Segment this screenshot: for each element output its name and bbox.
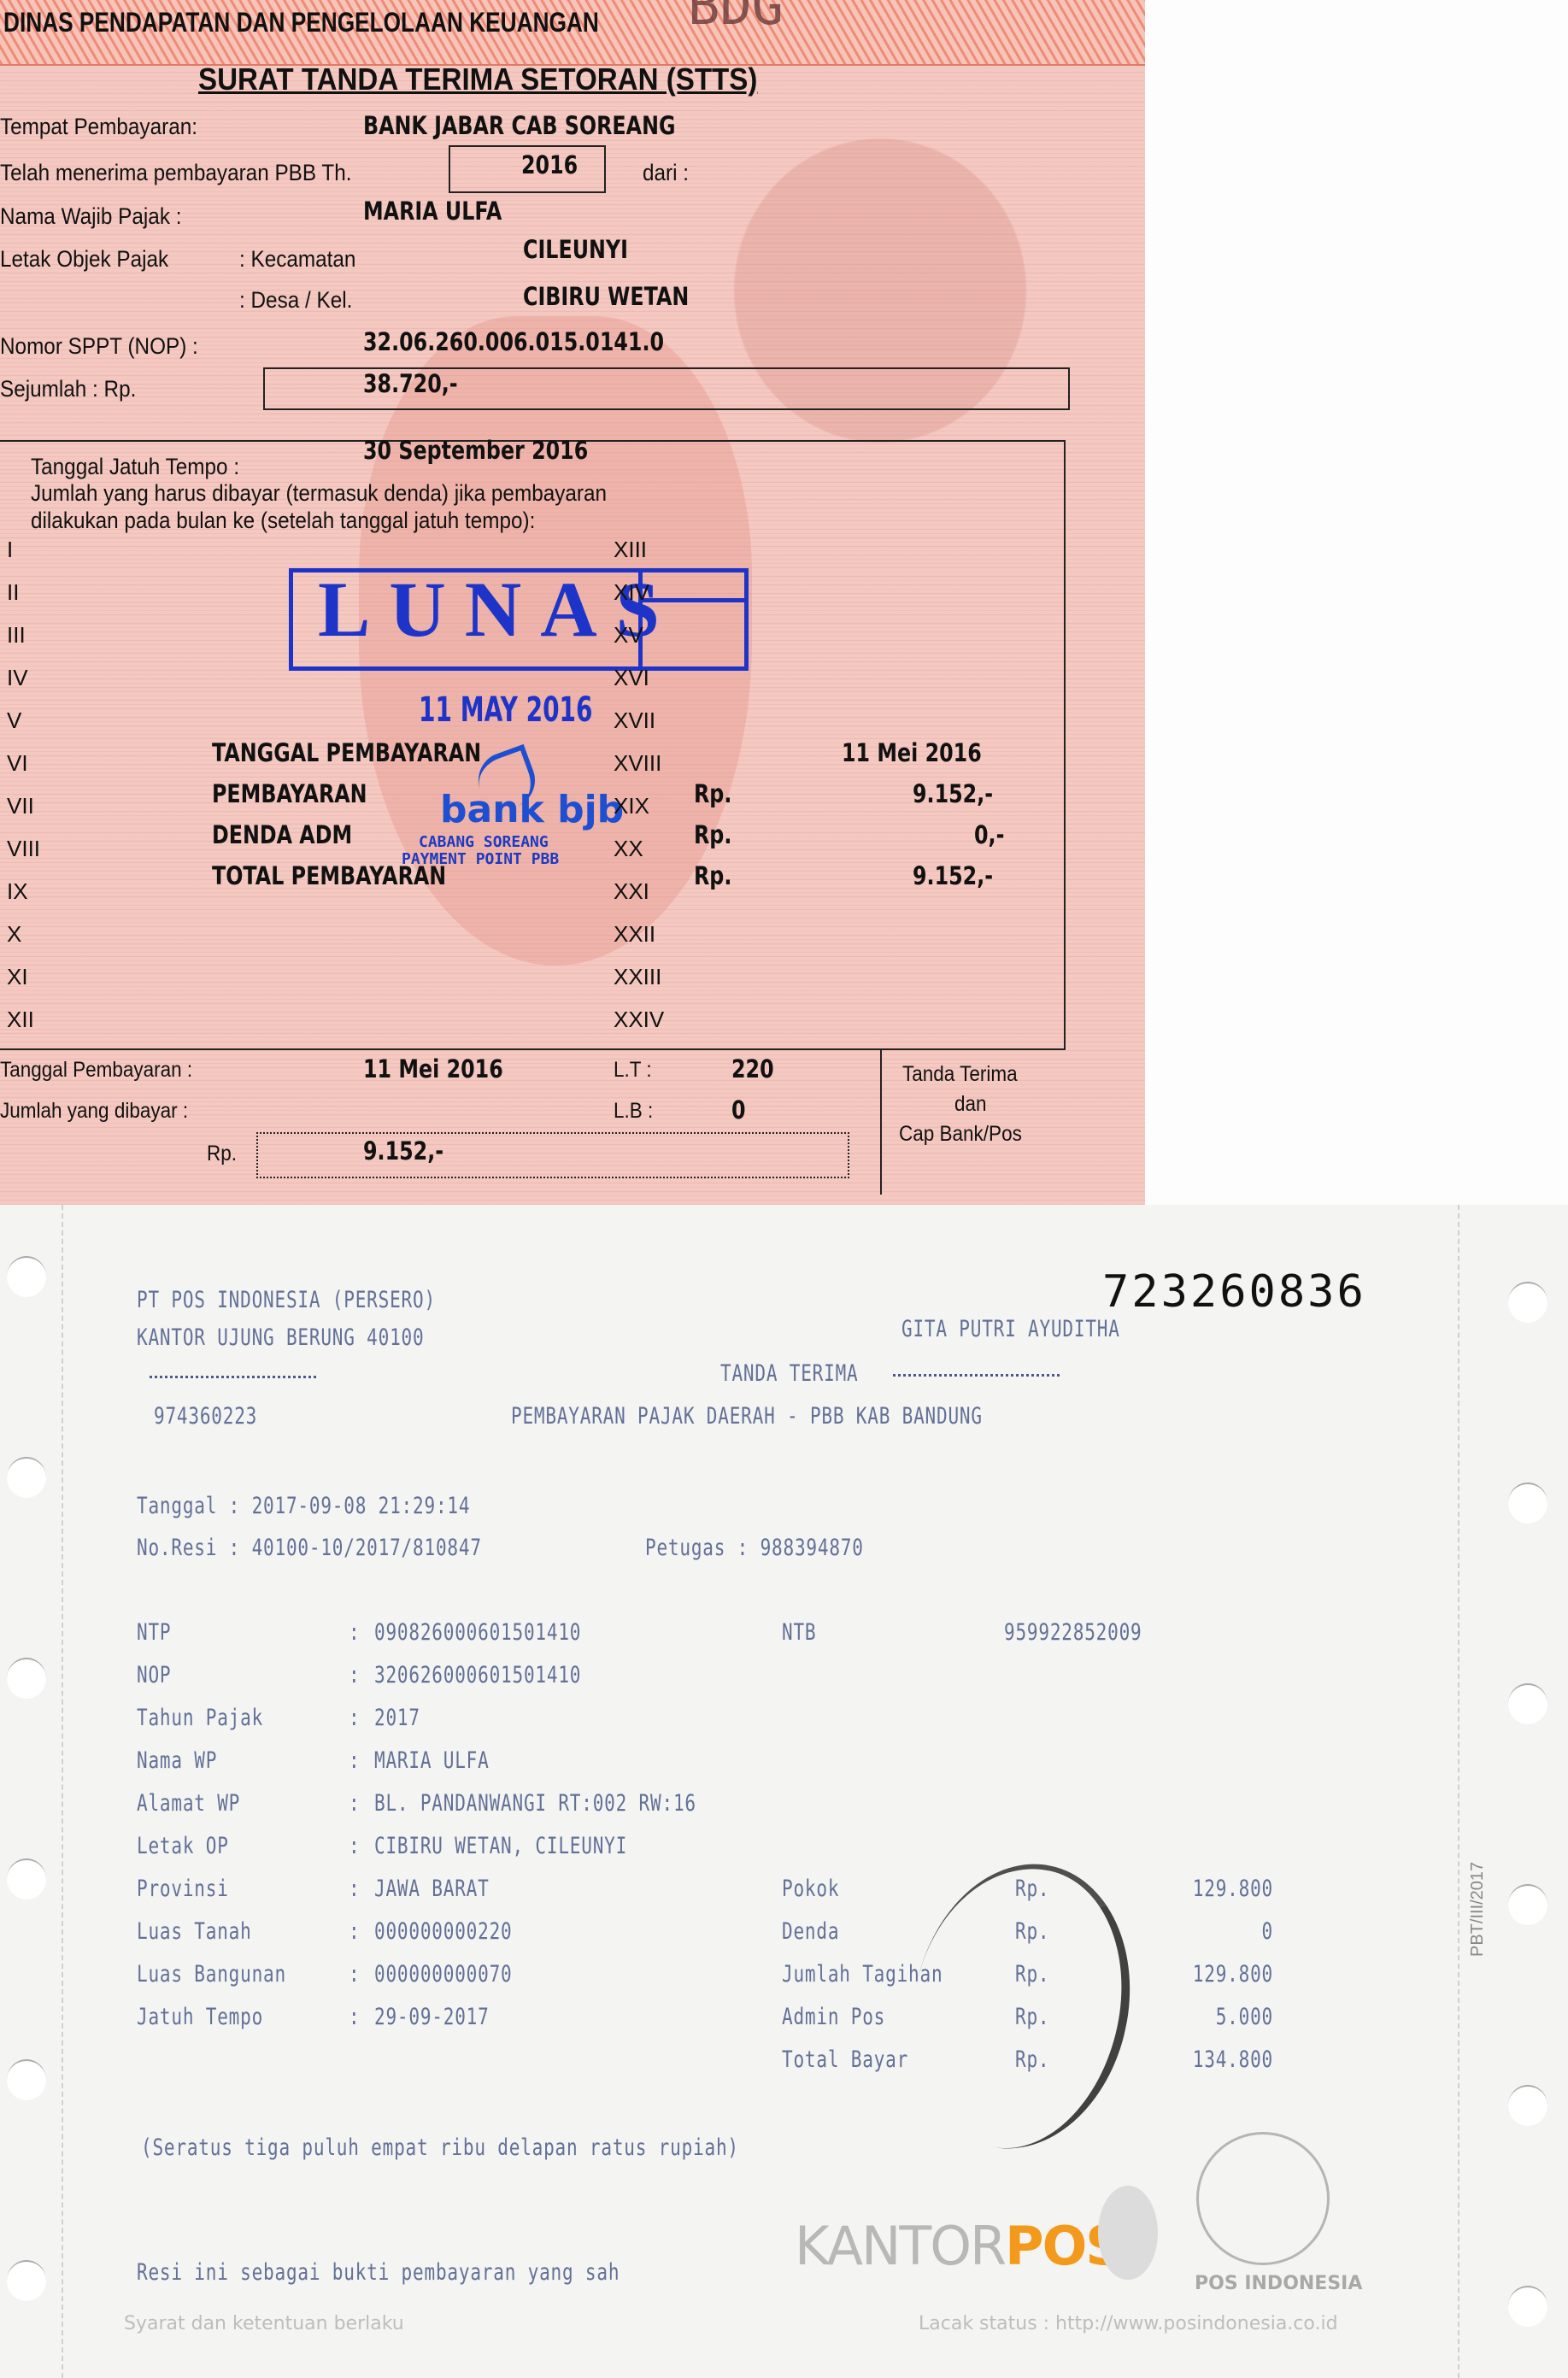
denda-label: DENDA ADM bbox=[212, 820, 352, 849]
officer-id: Petugas : 988394870 bbox=[645, 1535, 864, 1561]
detail-label: Jatuh Tempo bbox=[137, 2004, 263, 2030]
amount-in-words: (Seratus tiga puluh empat ribu delapan r… bbox=[141, 2134, 739, 2161]
footer-rp-value: 9.152,- bbox=[363, 1136, 443, 1166]
validity-note: Resi ini sebagai bukti pembayaran yang s… bbox=[137, 2259, 620, 2286]
pembayaran-currency: Rp. bbox=[694, 779, 731, 808]
detail-label: NTP bbox=[137, 1619, 171, 1646]
detail-label: Provinsi bbox=[137, 1876, 229, 1902]
month-label: XIII bbox=[614, 537, 647, 563]
month-label: XIV bbox=[614, 579, 649, 606]
amount-value: 129.800 bbox=[1147, 1961, 1273, 1988]
kantorpos-logo: KANTORPOS bbox=[795, 2215, 1122, 2277]
detail-label: NOP bbox=[137, 1662, 171, 1688]
month-label: I bbox=[7, 537, 13, 563]
month-label: XI bbox=[7, 964, 28, 990]
amount-value: 0 bbox=[1147, 1918, 1273, 1945]
due-note-line2: dilakukan pada bulan ke (setelah tanggal… bbox=[31, 508, 535, 534]
receipt-number: No.Resi : 40100-10/2017/810847 bbox=[137, 1535, 482, 1561]
month-label: XVI bbox=[614, 665, 649, 691]
tanggal-pembayaran-label: TANGGAL PEMBAYARAN bbox=[212, 738, 481, 767]
detail-label: Tahun Pajak bbox=[137, 1705, 263, 1731]
month-label: IX bbox=[7, 878, 28, 905]
desa-label: : Desa / Kel. bbox=[239, 287, 352, 314]
tanggal-pembayaran-value: 11 Mei 2016 bbox=[842, 738, 982, 767]
detail-label: Luas Tanah bbox=[137, 1918, 252, 1945]
jatuh-tempo-label: Tanggal Jatuh Tempo : bbox=[31, 454, 239, 480]
month-label: XIX bbox=[614, 793, 649, 819]
letak-label: Letak Objek Pajak bbox=[0, 246, 168, 273]
detail-value: JAWA BARAT bbox=[374, 1876, 490, 1902]
tractor-hole bbox=[7, 1658, 46, 1699]
amount-value: 5.000 bbox=[1147, 2004, 1273, 2030]
month-label: XXII bbox=[614, 921, 655, 948]
rule-left bbox=[150, 1376, 316, 1378]
footer-tanggal-label: Tanggal Pembayaran : bbox=[0, 1058, 192, 1083]
tractor-hole bbox=[1508, 2286, 1547, 2327]
month-label: XVIII bbox=[614, 750, 661, 777]
dari-label: dari : bbox=[643, 160, 689, 186]
amount-currency: Rp. bbox=[1015, 2046, 1049, 2073]
denda-currency: Rp. bbox=[694, 820, 731, 849]
detail-colon: : bbox=[349, 1619, 360, 1646]
pos-receipt: 723260836 PT POS INDONESIA (PERSERO) KAN… bbox=[0, 1205, 1568, 2378]
office-name: KANTOR UJUNG BERUNG 40100 bbox=[137, 1324, 424, 1351]
form-code: PBT/III/2017 bbox=[1468, 1862, 1488, 1957]
company-name: PT POS INDONESIA (PERSERO) bbox=[137, 1287, 436, 1313]
pos-indonesia-globe-icon bbox=[1196, 2132, 1330, 2265]
sejumlah-label: Sejumlah : Rp. bbox=[0, 376, 136, 402]
tempat-label: Tempat Pembayaran: bbox=[0, 114, 197, 140]
tractor-hole bbox=[1508, 1884, 1547, 1925]
ntb-value: 959922852009 bbox=[1004, 1619, 1142, 1646]
detail-colon: : bbox=[349, 1876, 360, 1902]
rule-right bbox=[893, 1374, 1060, 1377]
cap-line1: Tanda Terima bbox=[902, 1062, 1018, 1087]
stts-form: DINAS PENDAPATAN DAN PENGELOLAAN KEUANGA… bbox=[0, 0, 1145, 1207]
left-perforation bbox=[62, 1205, 63, 2378]
detail-colon: : bbox=[349, 1833, 360, 1859]
detail-label: Alamat WP bbox=[137, 1790, 240, 1817]
month-label: X bbox=[7, 921, 21, 948]
detail-value: 2017 bbox=[374, 1705, 420, 1731]
tractor-hole bbox=[1508, 1282, 1547, 1323]
cap-line3: Cap Bank/Pos bbox=[899, 1122, 1022, 1147]
tax-year: 2016 bbox=[521, 150, 578, 179]
jatuh-tempo-value: 30 September 2016 bbox=[363, 436, 588, 465]
tractor-hole bbox=[1508, 1483, 1547, 1524]
amount-currency: Rp. bbox=[1015, 1961, 1049, 1988]
ntb-label: NTB bbox=[782, 1619, 816, 1646]
footer-tanggal-value: 11 Mei 2016 bbox=[363, 1054, 503, 1083]
detail-colon: : bbox=[349, 1918, 360, 1945]
stamp-date: 11 MAY 2016 bbox=[419, 690, 593, 730]
amount-label: Denda bbox=[782, 1918, 839, 1945]
detail-value: BL. PANDANWANGI RT:002 RW:16 bbox=[374, 1790, 696, 1817]
month-label: VII bbox=[7, 793, 34, 819]
footer-rp-box bbox=[256, 1132, 849, 1178]
pos-indonesia-logo-text: POS INDONESIA bbox=[1195, 2273, 1362, 2294]
month-label: VIII bbox=[7, 836, 40, 862]
nop-label: Nomor SPPT (NOP) : bbox=[0, 333, 198, 360]
detail-colon: : bbox=[349, 1747, 360, 1774]
terms-note: Syarat dan ketentuan berlaku bbox=[124, 2313, 404, 2334]
telah-label: Telah menerima pembayaran PBB Th. bbox=[0, 160, 352, 186]
kecamatan-label: : Kecamatan bbox=[239, 246, 355, 273]
detail-label: Luas Bangunan bbox=[137, 1961, 286, 1988]
cap-line2: dan bbox=[954, 1092, 987, 1117]
month-label: XXIII bbox=[614, 964, 661, 990]
reference-number: 974360223 bbox=[154, 1403, 257, 1430]
lt-value: 220 bbox=[731, 1054, 774, 1083]
tractor-hole bbox=[7, 2059, 46, 2100]
detail-value: 29-09-2017 bbox=[374, 2004, 490, 2030]
detail-value: 090826000601501410 bbox=[374, 1619, 581, 1646]
amount-label: Jumlah Tagihan bbox=[782, 1961, 943, 1988]
detail-label: Nama WP bbox=[137, 1747, 217, 1774]
detail-value: CIBIRU WETAN, CILEUNYI bbox=[374, 1833, 627, 1859]
amount-currency: Rp. bbox=[1015, 1876, 1049, 1902]
tractor-hole bbox=[7, 1256, 46, 1297]
operator-name: GITA PUTRI AYUDITHA bbox=[901, 1316, 1120, 1342]
tempat-value: BANK JABAR CAB SOREANG bbox=[363, 111, 676, 140]
lt-label: L.T : bbox=[614, 1058, 652, 1083]
amount-label: Pokok bbox=[782, 1876, 839, 1902]
pembayaran-value: 9.152,- bbox=[913, 779, 993, 808]
kecamatan-value: CILEUNYI bbox=[523, 235, 628, 264]
transaction-datetime: Tanggal : 2017-09-08 21:29:14 bbox=[137, 1493, 470, 1519]
service-name: PEMBAYARAN PAJAK DAERAH - PBB KAB BANDUN… bbox=[511, 1403, 983, 1430]
month-label: IV bbox=[7, 665, 28, 691]
detail-label: Letak OP bbox=[137, 1833, 229, 1859]
bjb-logo-text: bank bjb bbox=[440, 788, 624, 831]
lb-label: L.B : bbox=[614, 1099, 653, 1124]
footer-jumlah-label: Jumlah yang dibayar : bbox=[0, 1099, 188, 1124]
right-perforation bbox=[1458, 1205, 1459, 2378]
lb-value: 0 bbox=[731, 1095, 746, 1124]
desa-value: CIBIRU WETAN bbox=[523, 282, 689, 311]
month-label: XX bbox=[614, 836, 643, 862]
month-label: II bbox=[7, 579, 19, 606]
detail-colon: : bbox=[349, 1662, 360, 1688]
detail-value: 000000000070 bbox=[374, 1961, 513, 1988]
month-label: XV bbox=[614, 622, 643, 649]
nop-value: 32.06.260.006.015.0141.0 bbox=[363, 327, 664, 356]
month-label: XVII bbox=[614, 708, 655, 734]
detail-colon: : bbox=[349, 1705, 360, 1731]
detail-value: MARIA ULFA bbox=[374, 1747, 490, 1774]
tractor-hole bbox=[7, 1457, 46, 1498]
serial-prefix: BDG bbox=[688, 0, 784, 37]
amount-currency: Rp. bbox=[1015, 2004, 1049, 2030]
nama-label: Nama Wajib Pajak : bbox=[0, 203, 181, 230]
amount-currency: Rp. bbox=[1015, 1918, 1049, 1945]
amount-value: 129.800 bbox=[1147, 1876, 1273, 1902]
total-currency: Rp. bbox=[694, 861, 731, 890]
month-label: XXIV bbox=[614, 1007, 664, 1033]
cap-divider bbox=[880, 1049, 882, 1195]
seal-icon bbox=[1098, 2186, 1158, 2280]
month-label: XXI bbox=[614, 878, 649, 905]
receipt-serial: 723260836 bbox=[1102, 1266, 1366, 1318]
detail-value: 320626000601501410 bbox=[374, 1662, 581, 1688]
denda-value: 0,- bbox=[974, 820, 1004, 849]
kantorpos-logo-light: KANTOR bbox=[795, 2215, 1005, 2277]
agency-name: DINAS PENDAPATAN DAN PENGELOLAAN KEUANGA… bbox=[3, 7, 599, 38]
bjb-branch: CABANG SOREANG bbox=[419, 833, 549, 851]
sejumlah-value: 38.720,- bbox=[363, 369, 458, 398]
month-label: V bbox=[7, 708, 21, 734]
tractor-hole bbox=[7, 1858, 46, 1899]
receipt-title: TANDA TERIMA bbox=[720, 1360, 859, 1387]
bjb-payment-point: PAYMENT POINT PBB bbox=[402, 850, 559, 868]
footer-rp-label: Rp. bbox=[207, 1142, 237, 1166]
due-note-line1: Jumlah yang harus dibayar (termasuk dend… bbox=[31, 480, 607, 507]
month-label: XII bbox=[7, 1007, 34, 1033]
detail-colon: : bbox=[349, 1790, 360, 1817]
amount-value: 134.800 bbox=[1147, 2046, 1273, 2073]
pembayaran-label: PEMBAYARAN bbox=[212, 779, 367, 808]
tracking-url[interactable]: Lacak status : http://www.posindonesia.c… bbox=[919, 2313, 1338, 2334]
month-label: III bbox=[7, 622, 26, 649]
tractor-hole bbox=[1508, 1683, 1547, 1724]
tractor-hole bbox=[1508, 2085, 1547, 2126]
detail-colon: : bbox=[349, 1961, 360, 1988]
total-value: 9.152,- bbox=[913, 861, 993, 890]
detail-value: 000000000220 bbox=[374, 1918, 513, 1945]
month-label: VI bbox=[7, 750, 28, 777]
tractor-hole bbox=[7, 2260, 46, 2301]
page-title: SURAT TANDA TERIMA SETORAN (STTS) bbox=[198, 62, 757, 97]
amount-label: Total Bayar bbox=[782, 2046, 908, 2073]
nama-value: MARIA ULFA bbox=[363, 197, 502, 226]
amount-label: Admin Pos bbox=[782, 2004, 885, 2030]
detail-colon: : bbox=[349, 2004, 360, 2030]
